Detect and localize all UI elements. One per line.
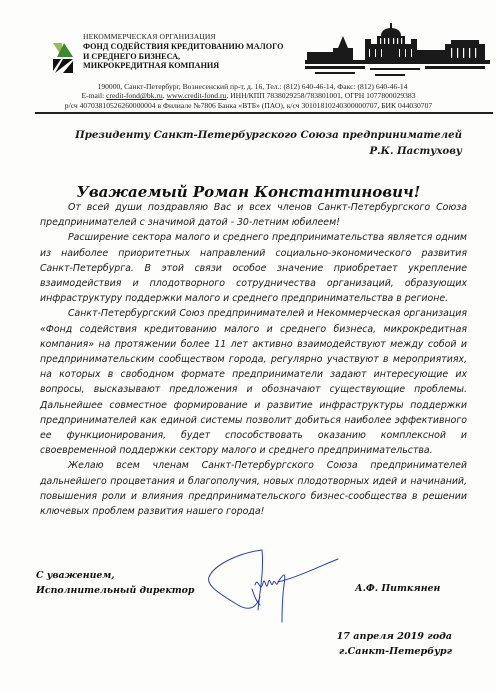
letter-page: НЕКОММЕРЧЕСКАЯ ОРГАНИЗАЦИЯ ФОНД СОДЕЙСТВ… (0, 0, 497, 690)
contact-details: 190000, Санкт-Петербург, Вознесенский пр… (0, 82, 497, 110)
letter-body: От всей души поздравляю Вас и всех члено… (40, 200, 467, 519)
letter-city: г.Санкт-Петербург (337, 644, 452, 659)
website-link[interactable]: www.credit-fond.ru (167, 91, 227, 100)
email-line: E-mail: credit-fond@bk.ru, www.credit-fo… (0, 91, 497, 100)
addressee-name: Р.К. Пастухову (75, 143, 462, 159)
registration-numbers: , ИНН/КПП 7838029258/783801001, ОГРН 107… (226, 91, 415, 100)
paragraph: Желаю всем членам Санкт-Петербургского С… (40, 458, 467, 519)
org-name: ФОНД СОДЕЙСТВИЯ КРЕДИТОВАНИЮ МАЛОГО И СР… (83, 42, 284, 71)
org-name-line: И СРЕДНЕГО БИЗНЕСА, (83, 52, 284, 62)
fund-logo-icon (53, 43, 73, 73)
salutation: Уважаемый Роман Константинович! (0, 183, 497, 201)
org-type: НЕКОММЕРЧЕСКАЯ ОРГАНИЗАЦИЯ (83, 32, 216, 41)
city-skyline-icon (305, 22, 490, 80)
org-name-line: МИКРОКРЕДИТНАЯ КОМПАНИЯ (83, 61, 284, 71)
addressee-block: Президенту Санкт-Петербургского Союза пр… (75, 127, 462, 159)
email-link[interactable]: credit-fond@bk.ru (106, 91, 163, 100)
addressee-title: Президенту Санкт-Петербургского Союза пр… (75, 127, 462, 143)
handwritten-signature-icon (208, 545, 343, 623)
paragraph: Санкт-Петербургский Союз предпринимателе… (40, 306, 467, 458)
date-block: 17 апреля 2019 года г.Санкт-Петербург (337, 629, 452, 659)
header-divider (35, 112, 493, 114)
signatory-position: Исполнительный директор (36, 583, 194, 598)
closing-regards: С уважением, (36, 568, 194, 583)
email-label: E-mail: (81, 91, 104, 100)
letter-date: 17 апреля 2019 года (337, 629, 452, 644)
signatory-name: А.Ф. Питкянен (355, 583, 440, 594)
closing-block: С уважением, Исполнительный директор (36, 568, 194, 598)
paragraph: Расширение сектора малого и среднего пре… (40, 230, 467, 306)
address-line: 190000, Санкт-Петербург, Вознесенский пр… (0, 82, 497, 91)
bank-details: р/сч 40703810526260000004 в Филиале №780… (0, 101, 497, 110)
org-name-line: ФОНД СОДЕЙСТВИЯ КРЕДИТОВАНИЮ МАЛОГО (83, 42, 284, 52)
paragraph: От всей души поздравляю Вас и всех члено… (40, 200, 467, 230)
